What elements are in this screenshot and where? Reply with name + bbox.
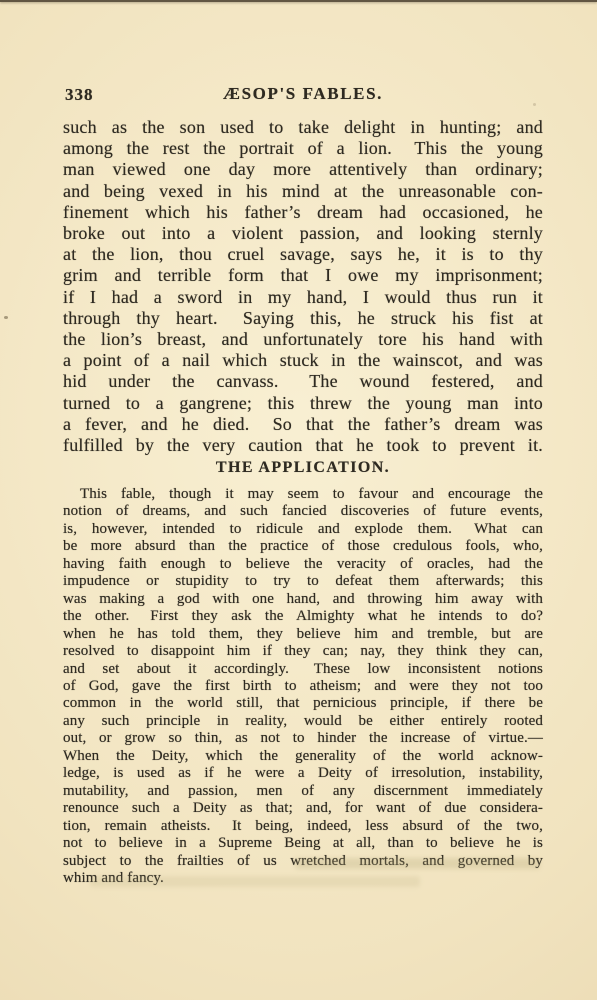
text-line: broke out into a violent passion, and lo…: [63, 223, 543, 244]
text-line: renounce such a Deity as that; and, for …: [63, 800, 543, 817]
text-line: the lion’s breast, and unfortunately tor…: [63, 329, 543, 350]
text-line: a fever, and he died. So that the father…: [63, 414, 543, 435]
running-head-row: 338 ÆSOP'S FABLES.: [63, 84, 543, 106]
text-line: ledge, is used as if he were a Deity of …: [63, 765, 543, 782]
text-line: hid under the canvass. The wound festere…: [63, 371, 543, 392]
text-line: tion, remain atheists. It being, indeed,…: [63, 818, 543, 835]
text-line: resolved to disappoint him if they can; …: [63, 643, 543, 660]
text-line: the other. First they ask the Almighty w…: [63, 608, 543, 625]
text-line: finement which his father’s dream had oc…: [63, 202, 543, 223]
text-line: be more absurd than the practice of thos…: [63, 538, 543, 555]
text-line: impudence or stupidity to try to defeat …: [63, 573, 543, 590]
text-line: such as the son used to take delight in …: [63, 117, 543, 138]
text-line: and being vexed in his mind at the unrea…: [63, 181, 543, 202]
application-body-text: This fable, though it may seem to favour…: [63, 486, 543, 887]
text-line: whim and fancy.: [63, 870, 543, 887]
running-header: ÆSOP'S FABLES.: [63, 84, 543, 104]
text-line: if I had a sword in my hand, I would thu…: [63, 287, 543, 308]
text-line: This fable, though it may seem to favour…: [63, 486, 543, 503]
application-heading: THE APPLICATION.: [63, 459, 543, 477]
text-line: common in the world still, that pernicio…: [63, 695, 543, 712]
text-line: was making a god with one hand, and thro…: [63, 591, 543, 608]
text-line: is, however, intended to ridicule and ex…: [63, 521, 543, 538]
text-line: turned to a gangrene; this threw the you…: [63, 393, 543, 414]
text-line: grim and terrible form that I owe my imp…: [63, 265, 543, 286]
text-line: fulfilled by the very caution that he to…: [63, 435, 543, 456]
text-line: subject to the frailties of us wretched …: [63, 853, 543, 870]
fable-body-text: such as the son used to take delight in …: [63, 117, 543, 456]
text-block: 338 ÆSOP'S FABLES. such as the son used …: [63, 0, 543, 1000]
text-line: mutability, and passion, men of any disc…: [63, 783, 543, 800]
text-line: when he has told them, they believe him …: [63, 626, 543, 643]
book-page-scan: 338 ÆSOP'S FABLES. such as the son used …: [0, 0, 597, 1000]
text-line: out, or grow so thin, as not to hinder t…: [63, 730, 543, 747]
text-line: through thy heart. Saying this, he struc…: [63, 308, 543, 329]
text-line: a point of a nail which stuck in the wai…: [63, 350, 543, 371]
text-line: not to believe in a Supreme Being at all…: [63, 835, 543, 852]
text-line: notion of dreams, and such fancied disco…: [63, 503, 543, 520]
text-line: any such principle in reality, would be …: [63, 713, 543, 730]
text-line: having faith enough to believe the verac…: [63, 556, 543, 573]
text-line: man viewed one day more attentively than…: [63, 159, 543, 180]
text-line: When the Deity, which the generality of …: [63, 748, 543, 765]
text-line: among the rest the portrait of a lion. T…: [63, 138, 543, 159]
paper-speck: [4, 316, 8, 319]
text-line: at the lion, thou cruel savage, says he,…: [63, 244, 543, 265]
text-line: and set about it accordingly. These low …: [63, 661, 543, 678]
text-line: of God, gave the first birth to atheism;…: [63, 678, 543, 695]
